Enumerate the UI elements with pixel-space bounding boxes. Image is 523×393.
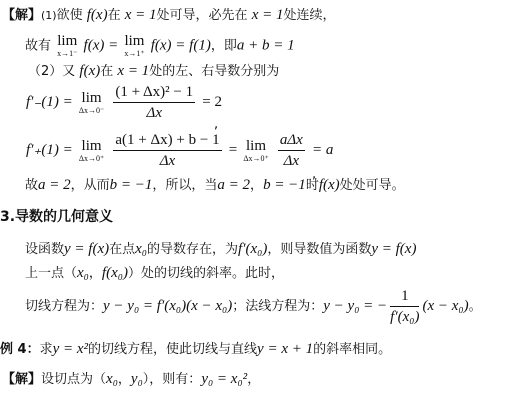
lim: lim — [79, 139, 104, 154]
text: 。 — [469, 299, 482, 314]
math: f(x) — [319, 177, 340, 193]
math: f′(x₀) — [238, 241, 267, 257]
math: x₀ — [77, 265, 89, 281]
text: 的导数存在，为 — [147, 242, 238, 257]
math: x = 1 — [125, 7, 157, 23]
math: a + b = 1 — [237, 38, 295, 54]
math: b = −1 — [110, 177, 153, 193]
math: f′₋(1) = — [26, 94, 73, 110]
math: y = x² — [53, 341, 88, 357]
math: f′₊(1) = — [26, 142, 73, 158]
definition-line-2: 上一点（x₀，f(x₀)）处的切线的斜率。此时， — [25, 264, 284, 283]
example-solution: 【解】设切点为（x₀，y₀），则有：y₀ = x₀²， — [2, 370, 260, 389]
lim: lim — [79, 91, 104, 106]
text: 欲使 — [57, 8, 83, 23]
math: y = x + 1 — [257, 341, 313, 357]
math: = a — [312, 142, 333, 158]
text: 设函数 — [25, 242, 64, 257]
limit: limx→1⁺ — [124, 34, 144, 58]
text: 处处可导。 — [340, 178, 405, 193]
example-label: 例 4： — [0, 342, 40, 357]
math: y − y₀ = f′(x₀)(x − x₀) — [103, 298, 232, 314]
math: = — [229, 142, 237, 158]
text: 的切线方程，使此切线与直线 — [88, 342, 257, 357]
section-title: 3.导数的几何意义 — [0, 208, 113, 226]
lim-sub: Δx→0⁺ — [243, 155, 268, 163]
text: 求 — [40, 342, 53, 357]
text: 上一点（ — [25, 266, 77, 281]
lim-sub: Δx→0⁻ — [79, 107, 104, 115]
math: y = f(x) — [64, 241, 109, 257]
solution-line-3: （2）又 f(x)在 x = 1处的左、右导数分别为 — [28, 62, 279, 81]
text: ， — [247, 372, 260, 387]
text: 时 — [306, 178, 319, 193]
math: y − y₀ = − — [323, 298, 387, 314]
lim: lim — [57, 34, 77, 49]
text: 在 — [100, 64, 113, 79]
fraction: 1f′(x₀) — [390, 286, 419, 327]
denominator: Δx — [278, 151, 305, 171]
text: ， — [89, 266, 102, 281]
tangent-normal-equations: 切线方程为：y − y₀ = f′(x₀)(x − x₀)；法线方程为：y − … — [25, 286, 482, 327]
denominator: Δx — [113, 103, 195, 123]
math: x = 1 — [117, 63, 149, 79]
text: ，即 — [211, 39, 237, 54]
fraction: a(1 + Δx) + b − 1Δx — [113, 130, 221, 171]
text: 处的左、右导数分别为 — [149, 64, 279, 79]
text: 处连续， — [283, 8, 335, 23]
step-number: (1) — [41, 9, 57, 22]
math: y = f(x) — [371, 241, 416, 257]
math: f(x) = — [84, 38, 119, 54]
left-derivative-eq: f′₋(1) = limΔx→0⁻ (1 + Δx)² − 1Δx = 2 — [26, 82, 222, 123]
lim: lim — [124, 34, 144, 49]
numerator: 1 — [390, 286, 419, 307]
limit: limΔx→0⁺ — [79, 139, 104, 163]
text: ，从而 — [71, 178, 110, 193]
text: 设切点为（ — [41, 372, 106, 387]
solution-conclusion: 故a = 2，从而b = −1，所以，当a = 2，b = −1时f(x)处处可… — [25, 176, 405, 195]
definition-line-1: 设函数y = f(x)在点x₀的导数存在，为f′(x₀)，则导数值为函数y = … — [25, 240, 416, 259]
lim-sub: x→1⁺ — [124, 50, 144, 58]
solution-bracket: 【解】 — [2, 8, 41, 23]
text: 在 — [108, 8, 121, 23]
text: ；法线方程为： — [232, 299, 323, 314]
numerator: a(1 + Δx) + b − 1 — [113, 130, 221, 151]
limit: limx→1⁻ — [57, 34, 77, 58]
text: 故有 — [25, 39, 51, 54]
limit: limΔx→0⁻ — [79, 91, 104, 115]
math: a = 2 — [38, 177, 71, 193]
math: x₀ — [106, 371, 118, 387]
fraction: aΔxΔx — [278, 130, 305, 171]
numerator: (1 + Δx)² − 1 — [113, 82, 195, 103]
text: ， — [118, 372, 131, 387]
lim-sub: Δx→0⁺ — [79, 155, 104, 163]
math: y₀ = x₀² — [201, 371, 247, 387]
solution-line-1: 【解】(1)欲使 f(x)在 x = 1处可导，必先在 x = 1处连续， — [2, 6, 335, 25]
math: f(x) = f(1) — [151, 38, 211, 54]
lim-sub: x→1⁻ — [57, 50, 77, 58]
solution-bracket: 【解】 — [2, 372, 41, 387]
right-derivative-eq: f′₊(1) = limΔx→0⁺ a(1 + Δx) + b − 1Δx = … — [26, 130, 333, 171]
example-4: 例 4：求y = x²的切线方程，使此切线与直线y = x + 1的斜率相同。 — [0, 340, 391, 359]
text: ， — [250, 178, 263, 193]
math: b = −1 — [263, 177, 306, 193]
denominator: f′(x₀) — [390, 307, 419, 327]
math: f(x₀) — [102, 265, 128, 281]
text: ，则导数值为函数 — [267, 242, 371, 257]
math: y₀ — [131, 371, 143, 387]
solution-line-2: 故有 limx→1⁻ f(x) = limx→1⁺ f(x) = f(1)，即a… — [25, 34, 295, 58]
fraction: (1 + Δx)² − 1Δx — [113, 82, 195, 123]
math: = 2 — [202, 94, 222, 110]
limit: limΔx→0⁺ — [243, 139, 268, 163]
math: a = 2 — [217, 177, 250, 193]
text: （2）又 — [28, 64, 75, 79]
text: ）处的切线的斜率。此时， — [128, 266, 284, 281]
text: 故 — [25, 178, 38, 193]
text: 切线方程为： — [25, 299, 103, 314]
text: 在点 — [109, 242, 135, 257]
lim: lim — [243, 139, 268, 154]
text: 处可导，必先在 — [157, 8, 248, 23]
math: (x − x₀) — [422, 298, 468, 314]
text: ，所以，当 — [152, 178, 217, 193]
text: ），则有： — [143, 372, 202, 387]
math: x = 1 — [252, 7, 284, 23]
text: 的斜率相同。 — [313, 342, 391, 357]
numerator: aΔx — [278, 130, 305, 151]
denominator: Δx — [113, 151, 221, 171]
math: f(x) — [87, 7, 108, 23]
math: f(x) — [79, 63, 100, 79]
math: x₀ — [135, 241, 147, 257]
